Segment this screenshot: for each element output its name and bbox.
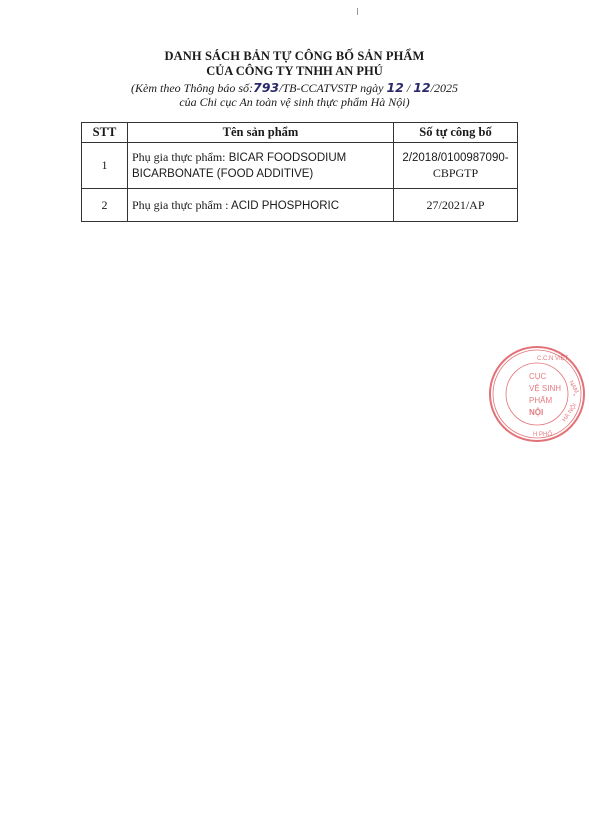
cell-declaration-number: 27/2021/AP bbox=[394, 189, 518, 222]
svg-text:H PHỐ: H PHỐ bbox=[533, 431, 552, 438]
svg-text:C.C.N VIỆT: C.C.N VIỆT bbox=[537, 354, 569, 362]
subtitle-mid: /TB-CCATVSTP ngày bbox=[279, 81, 383, 95]
cell-stt: 1 bbox=[82, 143, 128, 189]
product-table: STT Tên sản phẩm Số tự công bố 1 Phụ gia… bbox=[81, 122, 518, 222]
svg-text:NAM: NAM bbox=[567, 380, 579, 395]
stamp-seal-icon: CỤC VỆ SINH PHẨM NỘI C.C.N VIỆT NAM * HÀ… bbox=[485, 342, 589, 446]
official-stamp: CỤC VỆ SINH PHẨM NỘI C.C.N VIỆT NAM * HÀ… bbox=[485, 342, 589, 446]
document-title-line1: DANH SÁCH BẢN TỰ CÔNG BỐ SẢN PHẨM bbox=[0, 49, 589, 64]
svg-text:*: * bbox=[573, 394, 576, 400]
date-separator: / bbox=[404, 81, 413, 95]
table-row: 2 Phụ gia thực phẩm : ACID PHOSPHORIC 27… bbox=[82, 189, 518, 222]
product-name-line2: BICARBONATE (FOOD ADDITIVE) bbox=[132, 168, 313, 180]
header-product-name: Tên sản phẩm bbox=[128, 123, 394, 143]
cell-product-name: Phụ gia thực phẩm : ACID PHOSPHORIC bbox=[128, 189, 394, 222]
notice-year: /2025 bbox=[431, 81, 458, 95]
cell-product-name: Phụ gia thực phẩm: BICAR FOODSODIUM BICA… bbox=[128, 143, 394, 189]
declaration-number-line1: 27/2021/AP bbox=[426, 198, 484, 212]
notice-month: 12 bbox=[413, 80, 430, 95]
subtitle-prefix: (Kèm theo Thông báo số: bbox=[131, 81, 253, 95]
notice-day: 12 bbox=[386, 80, 403, 95]
document-title-line2: CỦA CÔNG TY TNHH AN PHÚ bbox=[0, 64, 589, 79]
notice-number: 793 bbox=[253, 80, 279, 95]
header-stt: STT bbox=[82, 123, 128, 143]
svg-text:VỆ SINH: VỆ SINH bbox=[529, 384, 561, 393]
header-declaration-number: Số tự công bố bbox=[394, 123, 518, 143]
table-header-row: STT Tên sản phẩm Số tự công bố bbox=[82, 123, 518, 143]
document-subtitle-line1: (Kèm theo Thông báo số:793/TB-CCATVSTP n… bbox=[0, 80, 589, 96]
table-row: 1 Phụ gia thực phẩm: BICAR FOODSODIUM BI… bbox=[82, 143, 518, 189]
product-category: Phụ gia thực phẩm: bbox=[132, 150, 226, 164]
product-name-line1: ACID PHOSPHORIC bbox=[229, 200, 340, 212]
document-subtitle-line2: của Chi cục An toàn vệ sinh thực phẩm Hà… bbox=[0, 95, 589, 110]
cell-declaration-number: 2/2018/0100987090- CBPGTP bbox=[394, 143, 518, 189]
product-name-line1: BICAR FOODSODIUM bbox=[226, 152, 347, 164]
svg-text:NỘI: NỘI bbox=[529, 408, 543, 417]
declaration-number-line1: 2/2018/0100987090- bbox=[402, 152, 508, 164]
scan-mark bbox=[357, 8, 358, 15]
cell-stt: 2 bbox=[82, 189, 128, 222]
product-category: Phụ gia thực phẩm : bbox=[132, 198, 229, 212]
svg-text:CỤC: CỤC bbox=[529, 372, 547, 381]
declaration-number-line2: CBPGTP bbox=[433, 166, 478, 180]
svg-text:PHẨM: PHẨM bbox=[529, 396, 552, 405]
